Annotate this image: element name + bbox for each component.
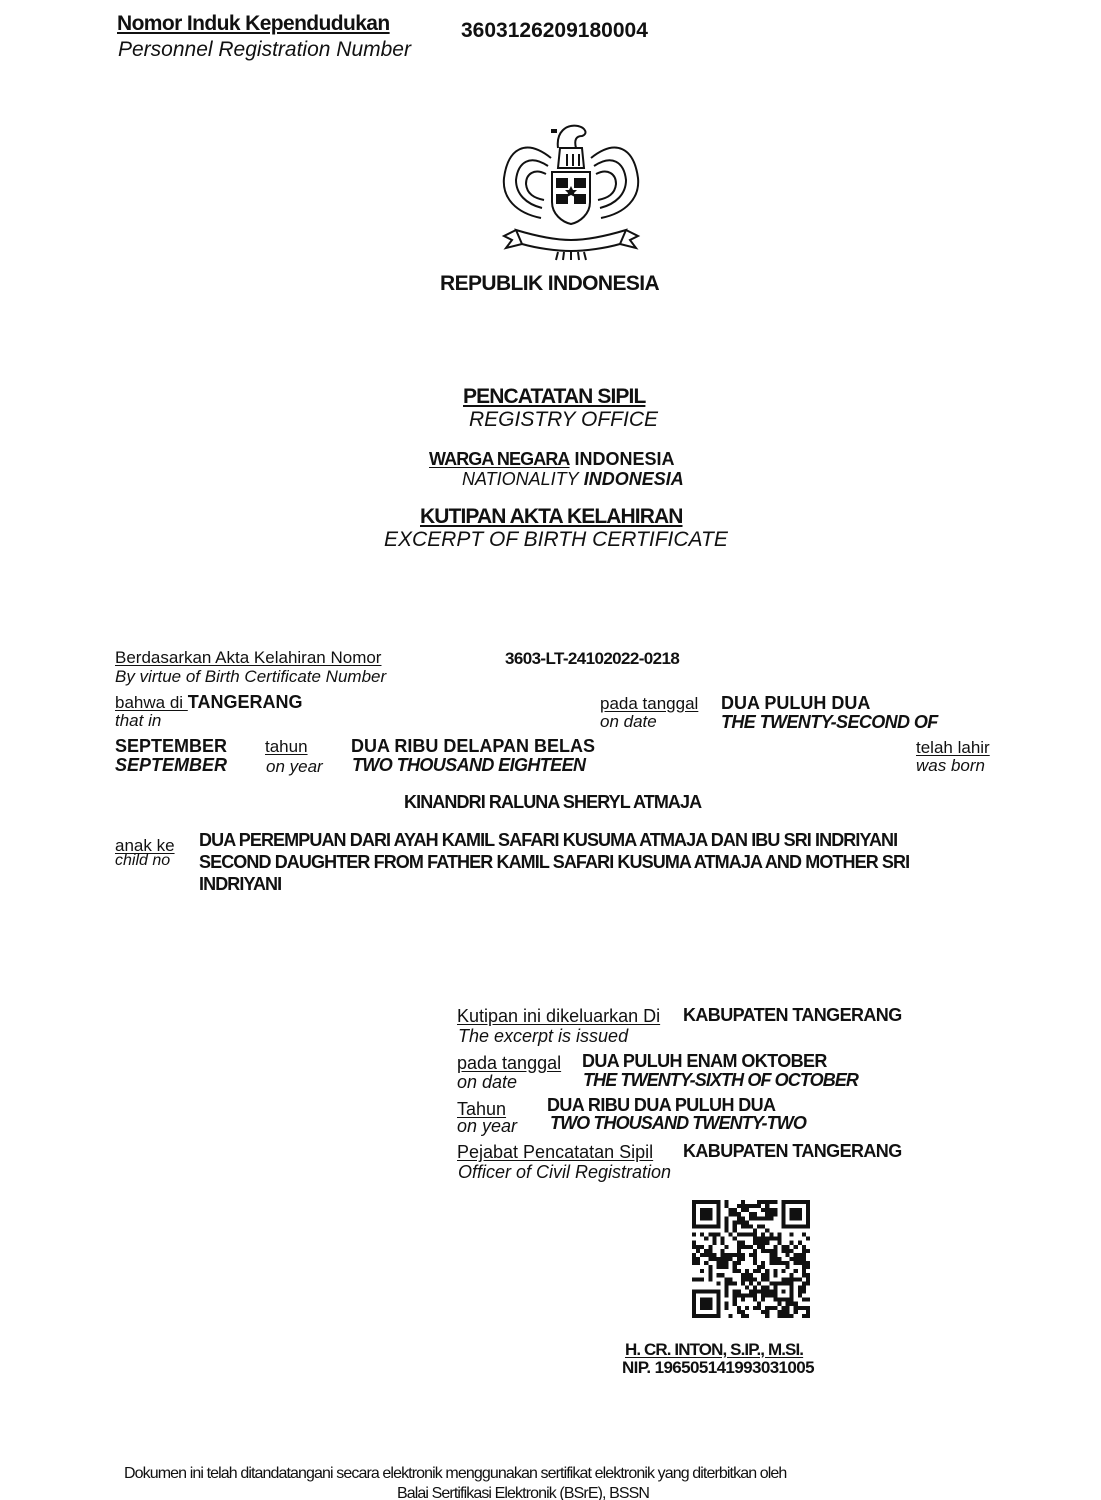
certificate-number: 3603-LT-24102022-0218	[505, 649, 679, 669]
office-title-en: REGISTRY OFFICE	[469, 408, 658, 432]
nationality-row-en: NATIONALITY INDONESIA	[462, 469, 684, 490]
officer-place: KABUPATEN TANGERANG	[683, 1141, 902, 1162]
officer-label-en: Officer of Civil Registration	[458, 1162, 671, 1183]
officer-label: Pejabat Pencatatan Sipil	[457, 1142, 653, 1163]
issue-place-label-en: The excerpt is issued	[458, 1026, 628, 1047]
garuda-emblem-icon	[496, 118, 646, 263]
nationality-row: WARGA NEGARA INDONESIA	[429, 449, 675, 470]
footer-line-1: Dokumen ini telah ditandatangani secara …	[124, 1465, 786, 1483]
issue-year-en: TWO THOUSAND TWENTY-TWO	[550, 1113, 806, 1134]
nik-label-en: Personnel Registration Number	[118, 38, 411, 62]
office-title: PENCATATAN SIPIL	[463, 385, 645, 409]
birth-date-label: pada tanggal	[600, 694, 698, 714]
qr-code-icon[interactable]	[692, 1200, 810, 1318]
nationality-value-en: INDONESIA	[584, 469, 684, 489]
doc-title: KUTIPAN AKTA KELAHIRAN	[420, 505, 683, 529]
issue-date-en: THE TWENTY-SIXTH OF OCTOBER	[583, 1070, 858, 1091]
nik-label: Nomor Induk Kependudukan	[117, 12, 390, 36]
born-label: telah lahir	[916, 738, 990, 758]
birth-place-row: bahwa di TANGERANG	[115, 692, 302, 713]
certificate-label: Berdasarkan Akta Kelahiran Nomor	[115, 648, 381, 668]
issue-place-label: Kutipan ini dikeluarkan Di	[457, 1006, 660, 1027]
nik-value: 3603126209180004	[461, 19, 648, 43]
birth-year-label: tahun	[265, 737, 308, 757]
birth-year-label-en: on year	[266, 757, 323, 777]
issue-year-label-en: on year	[457, 1116, 517, 1137]
nationality-label: WARGA NEGARA	[429, 449, 570, 469]
signer-name: H. CR. INTON, S.IP., M.SI.	[625, 1340, 803, 1360]
nationality-label-en: NATIONALITY	[462, 469, 579, 489]
birth-year-en: TWO THOUSAND EIGHTEEN	[352, 755, 585, 776]
birth-day: DUA PULUH DUA	[721, 693, 870, 714]
birth-place: TANGERANG	[188, 692, 303, 712]
nationality-value: INDONESIA	[575, 449, 675, 469]
birth-month: SEPTEMBER	[115, 736, 227, 757]
child-order-en-1: SECOND DAUGHTER FROM FATHER KAMIL SAFARI…	[199, 852, 909, 873]
issue-place: KABUPATEN TANGERANG	[683, 1005, 902, 1026]
child-order-label-en: child no	[115, 852, 170, 870]
born-label-en: was born	[916, 756, 985, 776]
doc-title-en: EXCERPT OF BIRTH CERTIFICATE	[384, 528, 728, 552]
child-name: KINANDRI RALUNA SHERYL ATMAJA	[404, 792, 701, 813]
issue-date-label: pada tanggal	[457, 1053, 561, 1074]
birth-month-en: SEPTEMBER	[115, 755, 227, 776]
birth-date-label-en: on date	[600, 712, 657, 732]
birth-place-label-en: that in	[115, 711, 161, 731]
country-title: REPUBLIK INDONESIA	[440, 272, 659, 296]
birth-year: DUA RIBU DELAPAN BELAS	[351, 736, 595, 757]
birth-place-label: bahwa di	[115, 693, 188, 712]
issue-date-label-en: on date	[457, 1072, 517, 1093]
child-order: DUA PEREMPUAN DARI AYAH KAMIL SAFARI KUS…	[199, 830, 897, 851]
issue-date: DUA PULUH ENAM OKTOBER	[582, 1051, 827, 1072]
footer-line-2: Balai Sertifikasi Elektronik (BSrE), BSS…	[397, 1485, 649, 1500]
child-order-en-2: INDRIYANI	[199, 874, 281, 895]
signer-nip: NIP. 196505141993031005	[622, 1358, 814, 1378]
birth-day-en: THE TWENTY-SECOND OF	[721, 712, 938, 733]
certificate-label-en: By virtue of Birth Certificate Number	[115, 667, 386, 687]
